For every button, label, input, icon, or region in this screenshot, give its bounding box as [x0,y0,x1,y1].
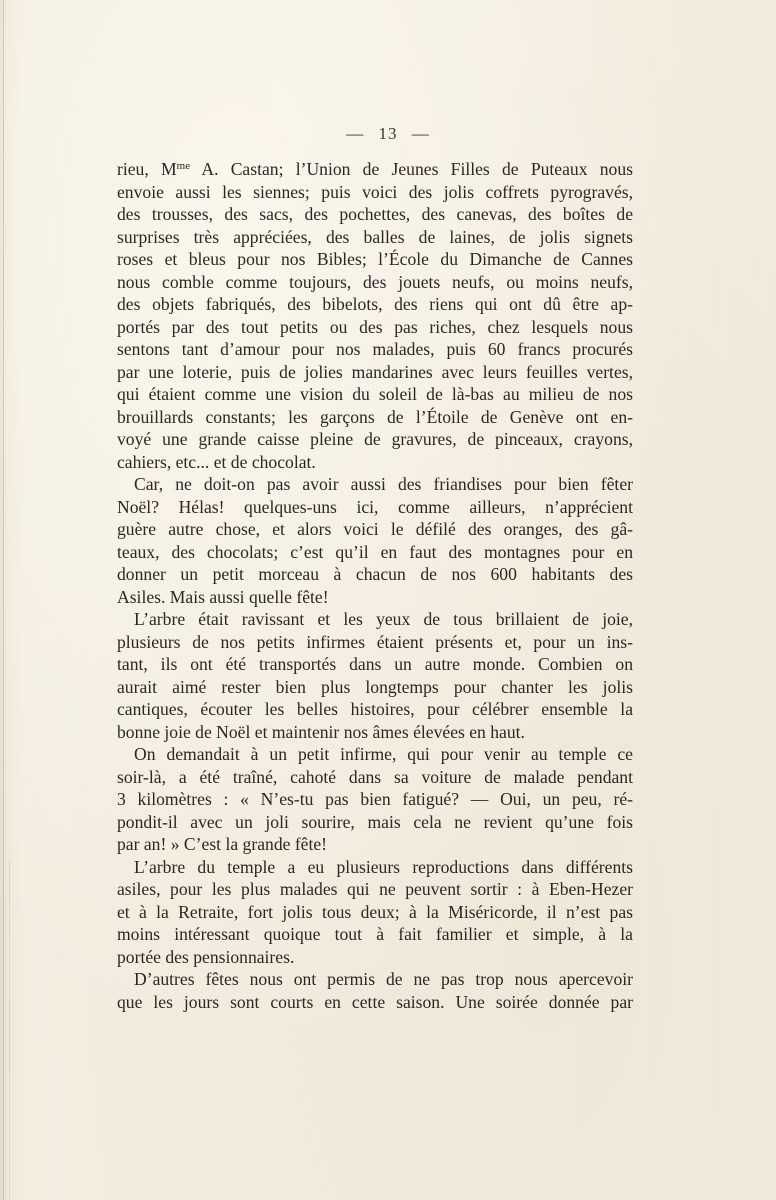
text-line-paragraph-start: On demandait à un petit infirme, qui pou… [117,743,633,766]
text-line: par une loterie, puis de jolies mandarin… [117,361,633,384]
text-line: envoie aussi les siennes; puis voici des… [117,181,633,204]
text-line: Noël? Hélas! quelques-uns ici, comme ail… [117,496,633,519]
text-line: tant, ils ont été transportés dans un au… [117,653,633,676]
text-line: voyé une grande caisse pleine de gravure… [117,428,633,451]
text-line-paragraph-end: cahiers, etc... et de chocolat. [117,451,633,474]
text-line-paragraph-start: L’arbre était ravissant et les yeux de t… [117,608,633,631]
text-line-paragraph-start: D’autres fêtes nous ont permis de ne pas… [117,968,633,991]
dash-left: — [346,124,364,143]
text-line: rieu, Mme A. Castan; l’Union de Jeunes F… [117,158,633,181]
text-line: aurait aimé rester bien plus longtemps p… [117,676,633,699]
text-line: moins intéressant quoique tout à fait fa… [117,923,633,946]
page-number-header: — 13 — [0,124,776,144]
text-line: surprises très appréciées, des balles de… [117,226,633,249]
page-edge-shadow [3,0,4,1200]
page-number: 13 [379,124,398,143]
text-line: des objets fabriqués, des bibelots, des … [117,293,633,316]
text-line: des trousses, des sacs, des pochettes, d… [117,203,633,226]
dash-right: — [412,124,430,143]
text-line: pondit-il avec un joli sourire, mais cel… [117,811,633,834]
text-line: portés par des tout petits ou des pas ri… [117,316,633,339]
text-line: teaux, des chocolats; c’est qu’il en fau… [117,541,633,564]
text-line: plusieurs de nos petits infirmes étaient… [117,631,633,654]
text-line-paragraph-end: Asiles. Mais aussi quelle fête! [117,586,633,609]
text-line: asiles, pour les plus malades qui ne peu… [117,878,633,901]
text-line: soir-là, a été traîné, cahoté dans sa vo… [117,766,633,789]
body-text: rieu, Mme A. Castan; l’Union de Jeunes F… [117,158,633,1013]
text-line-paragraph-end: bonne joie de Noël et maintenir nos âmes… [117,721,633,744]
page-edge-shadow-lower [9,860,10,1200]
text-line-paragraph-end: par an! » C’est la grande fête! [117,833,633,856]
text-line: 3 kilomètres : « N’es-tu pas bien fatigu… [117,788,633,811]
text-line: roses et bleus pour nos Bibles; l’École … [117,248,633,271]
text-line: guère autre chose, et alors voici le déf… [117,518,633,541]
text-line-paragraph-end: portée des pensionnaires. [117,946,633,969]
text-line: nous comble comme toujours, des jouets n… [117,271,633,294]
text-line: que les jours sont courts en cette saiso… [117,991,633,1014]
superscript-abbreviation: me [177,160,190,172]
text-line: qui étaient comme une vision du soleil d… [117,383,633,406]
text-line: donner un petit morceau à chacun de nos … [117,563,633,586]
text-line: cantiques, écouter les belles histoires,… [117,698,633,721]
text-line: et à la Retraite, fort jolis tous deux; … [117,901,633,924]
text-line: sentons tant d’amour pour nos malades, p… [117,338,633,361]
text-line: brouillards constants; les garçons de l’… [117,406,633,429]
text-line-paragraph-start: Car, ne doit-on pas avoir aussi des fria… [117,473,633,496]
text-line-paragraph-start: L’arbre du temple a eu plusieurs reprodu… [117,856,633,879]
